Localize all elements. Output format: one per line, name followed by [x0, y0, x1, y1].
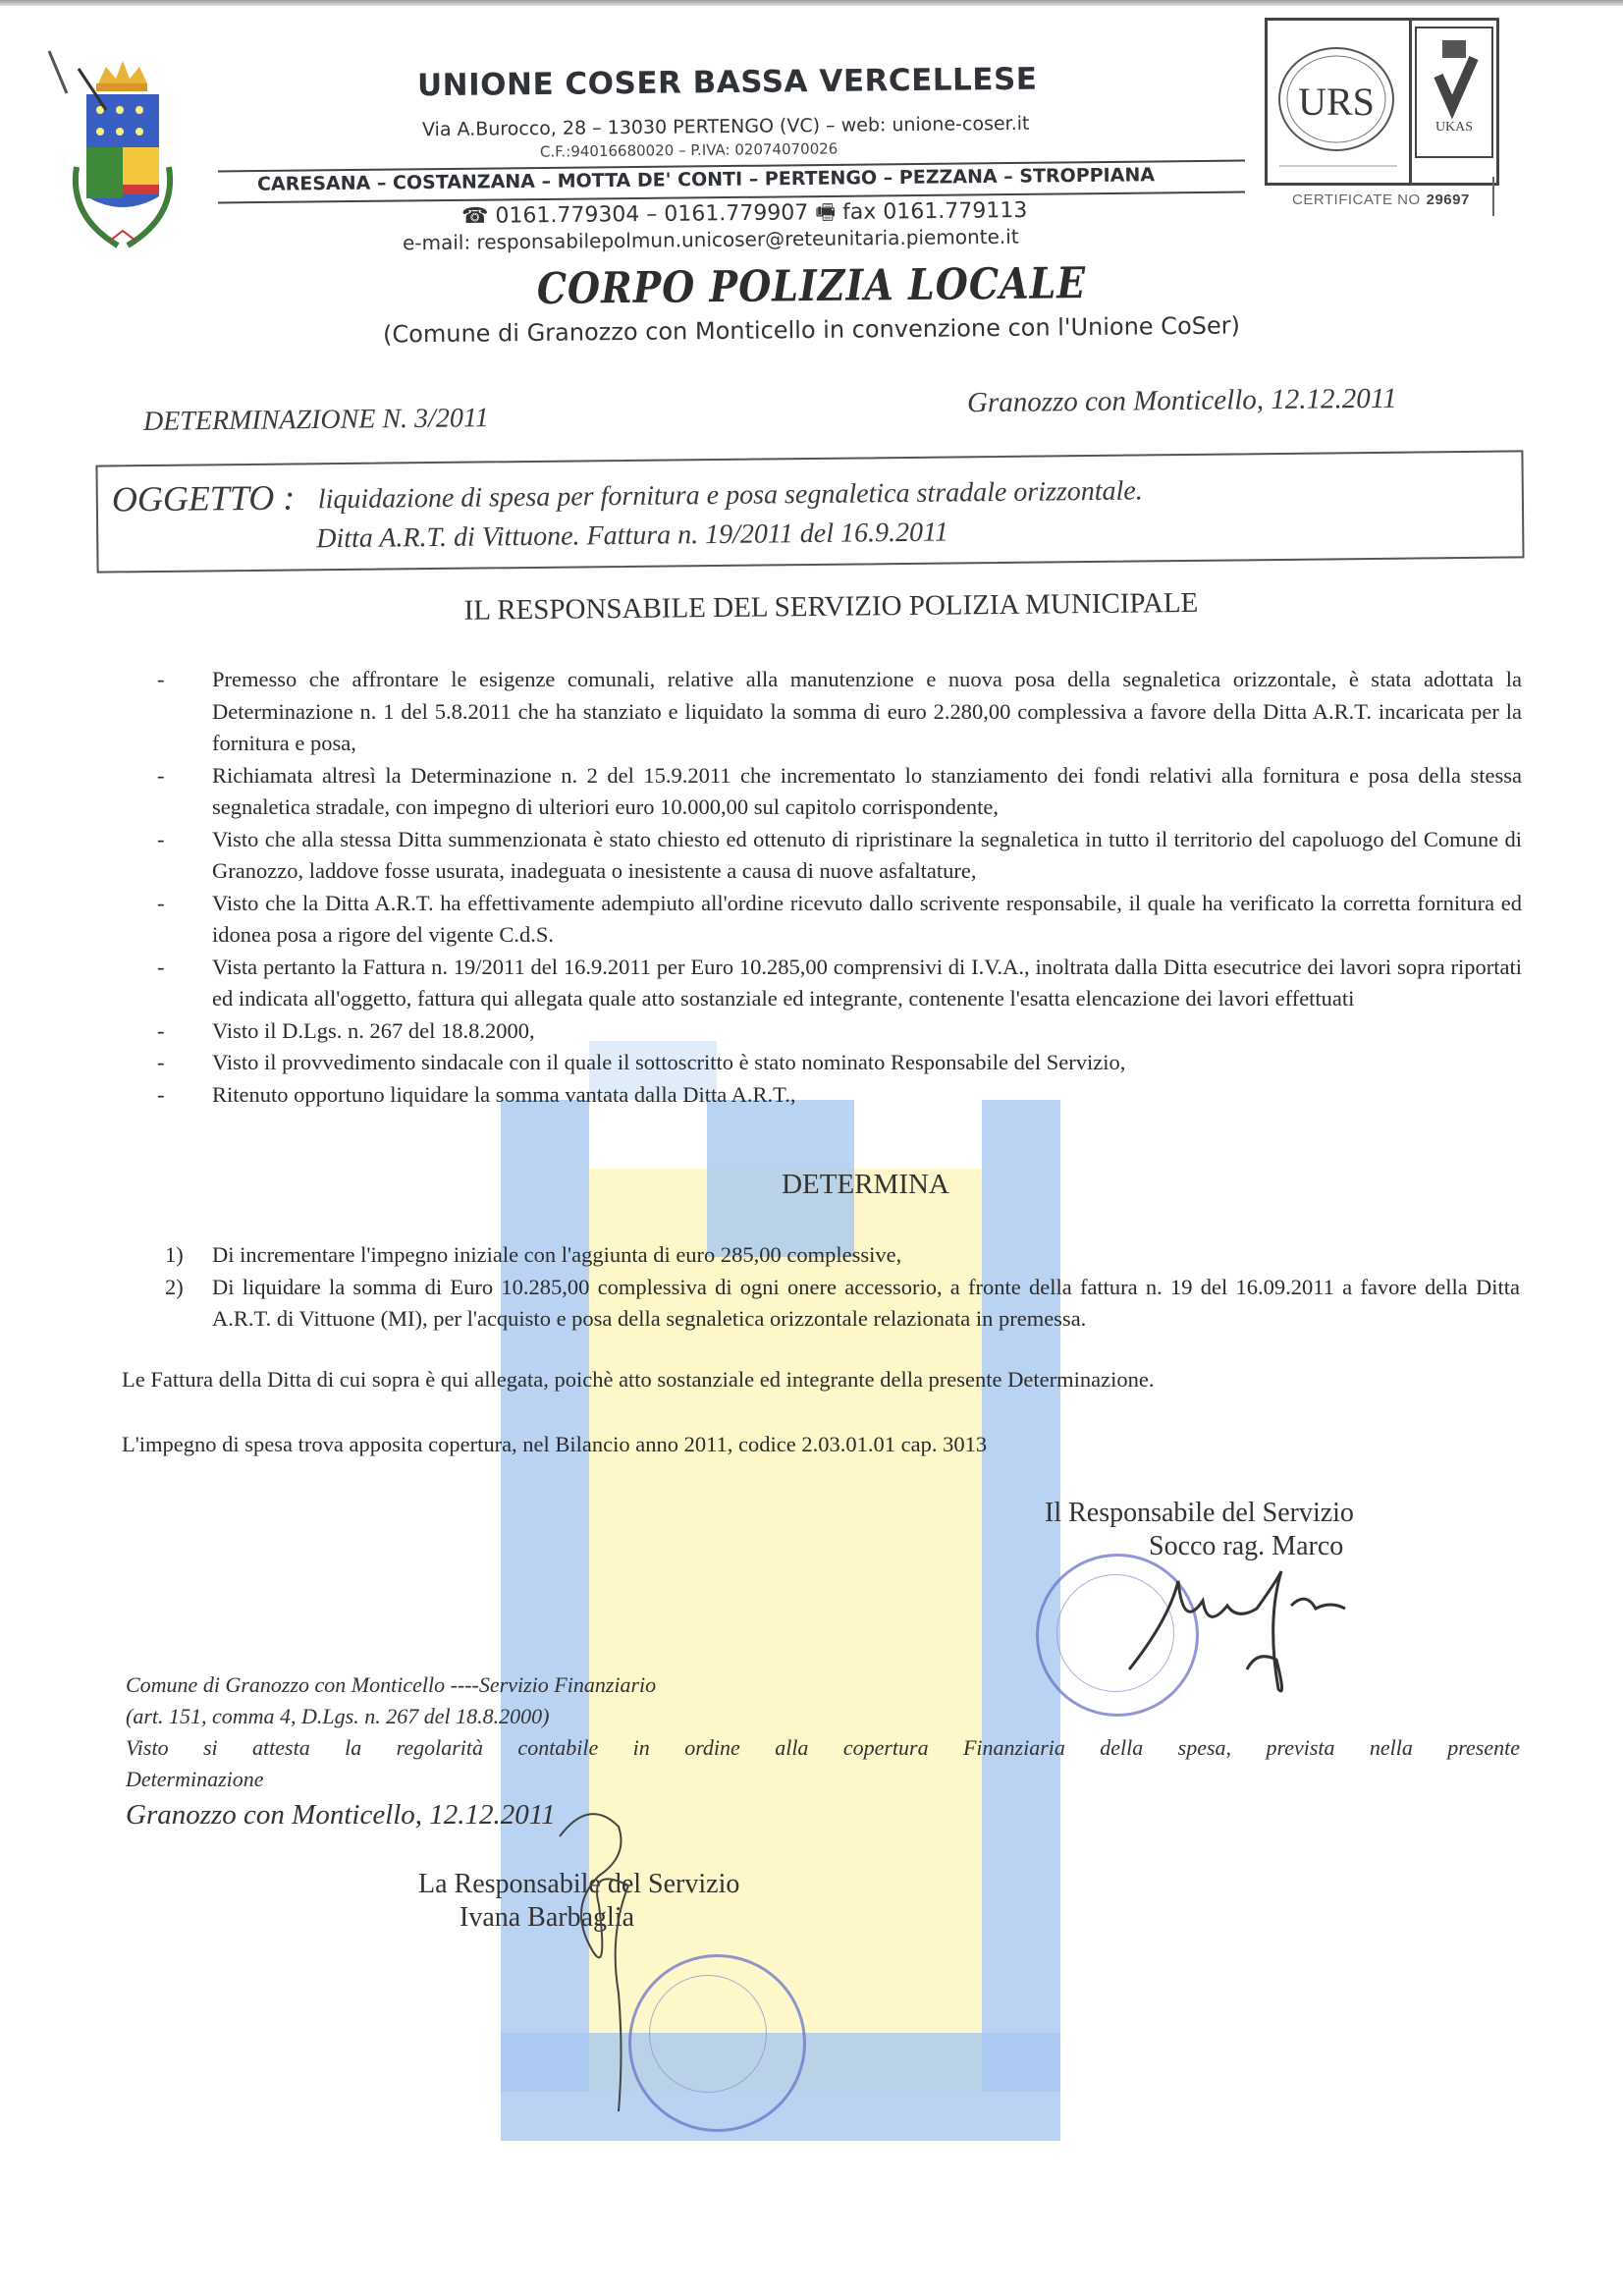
phone-numbers: 0161.779304 – 0161.779907 — [495, 200, 808, 228]
decision-item: 1)Di incrementare l'impegno iniziale con… — [165, 1239, 1520, 1272]
urs-logo: URS — [1268, 21, 1412, 183]
premise-item: -Visto il D.Lgs. n. 267 del 18.8.2000, — [157, 1015, 1522, 1048]
organization-address: Via A.Burocco, 28 – 13030 PERTENGO (VC) … — [422, 113, 1030, 140]
fax-number: fax 0161.779113 — [842, 198, 1027, 225]
subject-box: OGGETTO : liquidazione di spesa per forn… — [95, 450, 1524, 573]
decisions-list: 1)Di incrementare l'impegno iniziale con… — [165, 1239, 1520, 1336]
attachment-note: Le Fattura della Ditta di cui sopra è qu… — [122, 1367, 1516, 1393]
financial-service-header: Comune di Granozzo con Monticello ----Se… — [126, 1669, 1520, 1701]
svg-text:UKAS: UKAS — [1435, 120, 1473, 135]
svg-text:URS: URS — [1298, 80, 1375, 124]
financial-service-attestation: Visto si attesta la regolarità contabile… — [126, 1732, 1520, 1764]
determination-number: DETERMINAZIONE N. 3/2011 — [143, 403, 489, 438]
decision-item: 2)Di liquidare la somma di Euro 10.285,0… — [165, 1272, 1520, 1336]
premise-item: -Visto che la Ditta A.R.T. ha effettivam… — [157, 888, 1522, 952]
fax-icon: 🖷 — [815, 200, 836, 225]
premises-list: -Premesso che affrontare le esigenze com… — [157, 664, 1522, 1111]
subject-line-1: liquidazione di spesa per fornitura e po… — [318, 475, 1143, 516]
telephone-icon: ☎ — [461, 204, 489, 229]
subject-label: OGGETTO : — [112, 476, 296, 519]
premise-item: -Vista pertanto la Fattura n. 19/2011 de… — [157, 952, 1522, 1015]
determina-heading: DETERMINA — [0, 1169, 1623, 1201]
financial-place-date: Granozzo con Monticello, 12.12.2011 — [126, 1799, 556, 1831]
coat-of-arms-logo — [39, 49, 206, 255]
tax-identifiers: C.F.:94016680020 – P.IVA: 02074070026 — [540, 139, 838, 160]
certificate-divider — [1492, 177, 1494, 216]
premise-item: -Ritenuto opportuno liquidare la somma v… — [157, 1079, 1522, 1112]
service-signature-block: Il Responsabile del Servizio Socco rag. … — [1045, 1497, 1354, 1563]
department-title: CORPO POLIZIA LOCALE — [0, 251, 1623, 319]
premise-item: -Visto che alla stessa Ditta summenziona… — [157, 824, 1522, 888]
subject-line-2: Ditta A.R.T. di Vittuone. Fattura n. 19/… — [316, 518, 948, 556]
determination-place-date: Granozzo con Monticello, 12.12.2011 — [967, 383, 1397, 420]
premise-item: -Richiamata altresì la Determinazione n.… — [157, 760, 1522, 824]
contact-email[interactable]: e-mail: responsabilepolmun.unicoser@rete… — [403, 225, 1019, 255]
premise-item: -Premesso che affrontare le esigenze com… — [157, 664, 1522, 760]
financial-service-block: Comune di Granozzo con Monticello ----Se… — [126, 1669, 1520, 1795]
handwritten-signature-2 — [550, 1797, 668, 2121]
certification-badge: URS UKAS — [1265, 18, 1499, 186]
signatory-name: Socco rag. Marco — [1045, 1530, 1354, 1563]
ukas-logo: UKAS — [1415, 27, 1493, 158]
scan-top-edge — [0, 0, 1623, 6]
financial-service-attestation-end: Determinazione — [126, 1764, 1520, 1795]
financial-service-reference: (art. 151, comma 4, D.Lgs. n. 267 del 18… — [126, 1701, 1520, 1732]
signatory-role: Il Responsabile del Servizio — [1045, 1497, 1354, 1530]
certificate-number: CERTIFICATE NO29697 — [1292, 191, 1470, 208]
organization-name: UNIONE COSER BASSA VERCELLESE — [417, 62, 1038, 104]
budget-note: L'impegno di spesa trova apposita copert… — [122, 1432, 1516, 1457]
premise-item: -Visto il provvedimento sindacale con il… — [157, 1047, 1522, 1079]
issuer-heading: IL RESPONSABILE DEL SERVIZIO POLIZIA MUN… — [0, 582, 1623, 631]
